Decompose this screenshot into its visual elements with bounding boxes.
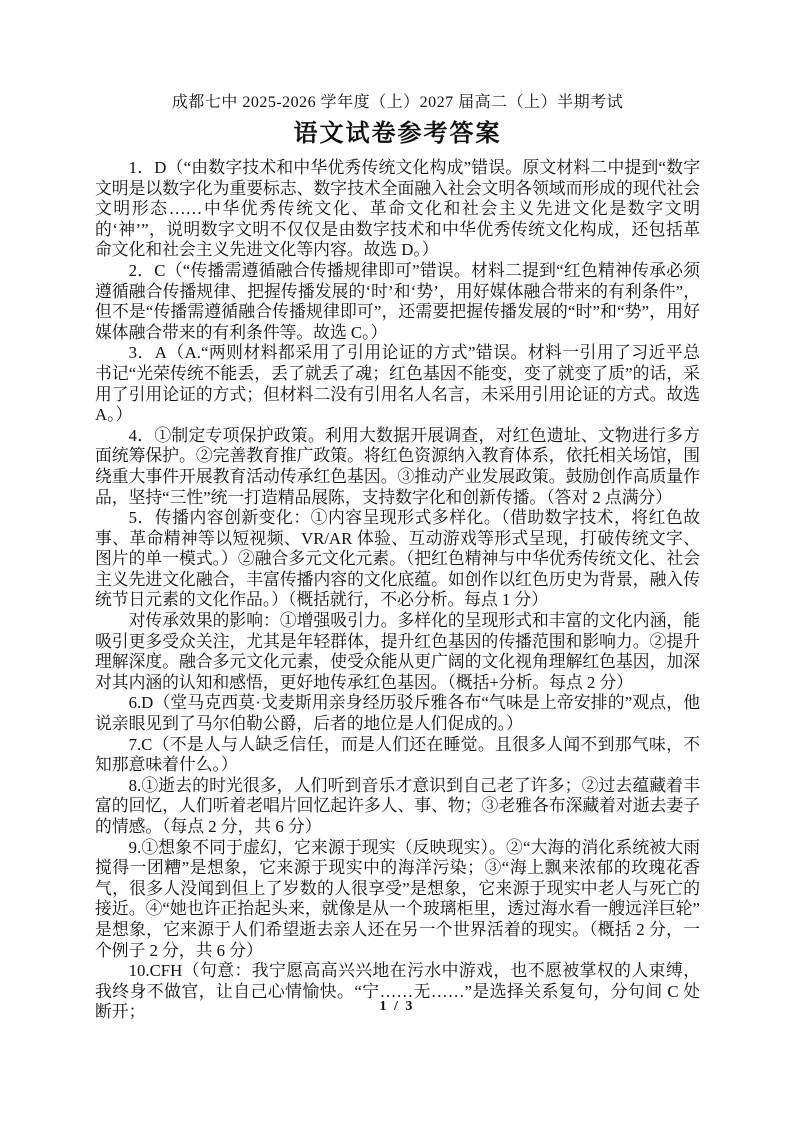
answer-paragraph-1: 1．D（“由数字技术和中华优秀传统文化构成”错误。原文材料二中提到“数字文明是以… bbox=[95, 158, 700, 261]
answer-body: 1．D（“由数字技术和中华优秀传统文化构成”错误。原文材料二中提到“数字文明是以… bbox=[95, 158, 700, 1023]
answer-paragraph-5-effect: 对传承效果的影响：①增强吸引力。多样化的呈现形式和丰富的文化内涵，能吸引更多受众… bbox=[95, 611, 700, 693]
document-page: 成都七中 2025-2026 学年度（上）2027 届高二（上）半期考试 语文试… bbox=[0, 0, 794, 1123]
answer-paragraph-9: 9.①想象不同于虚幻，它来源于现实（反映现实）。②“大海的消化系统被大雨搅得一团… bbox=[95, 838, 700, 962]
page-number: 1 / 3 bbox=[0, 999, 794, 1015]
exam-session-title: 成都七中 2025-2026 学年度（上）2027 届高二（上）半期考试 bbox=[95, 92, 700, 114]
answer-paragraph-8: 8.①逝去的时光很多，人们听到音乐才意识到自己老了许多；②过去蕴藏着丰富的回忆，… bbox=[95, 776, 700, 838]
answer-paragraph-4: 4．①制定专项保护政策。利用大数据开展调查，对红色遗址、文物进行多方面统筹保护。… bbox=[95, 426, 700, 508]
answer-paragraph-5: 5．传播内容创新变化：①内容呈现形式多样化。（借助数字技术，将红色故事、革命精神… bbox=[95, 508, 700, 611]
answer-paragraph-6: 6.D（堂马克西莫·戈麦斯用亲身经历驳斥雅各布“气味是上帝安排的”观点，他说亲眼… bbox=[95, 693, 700, 734]
answer-paragraph-2: 2．C（“传播需遵循融合传播规律即可”错误。材料二提到“红色精神传承必须遵循融合… bbox=[95, 261, 700, 343]
answer-paragraph-3: 3．A（A.“两则材料都采用了引用论证的方式”错误。材料一引用了习近平总书记“光… bbox=[95, 343, 700, 425]
answer-paragraph-7: 7.C（不是人与人缺乏信任，而是人们还在睡觉。且很多人闻不到那气味，不知那意味着… bbox=[95, 735, 700, 776]
page-title: 语文试卷参考答案 bbox=[95, 118, 700, 150]
